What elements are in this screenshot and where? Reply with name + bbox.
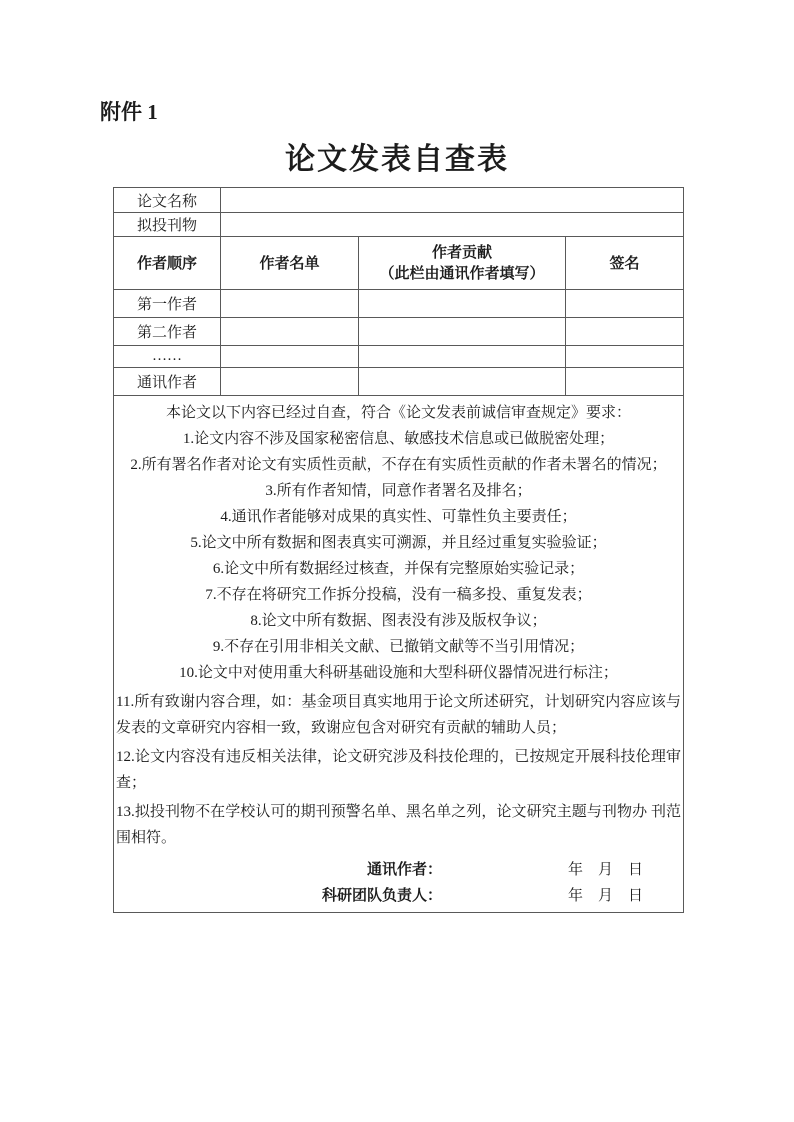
paper-title-value-cell bbox=[221, 188, 684, 213]
self-check-declaration: 本论文以下内容已经过自查，符合《论文发表前诚信审查规定》要求： 1.论文内容不涉… bbox=[116, 400, 681, 909]
signoff-block: 通讯作者： 年 月 日 科研团队负责人： 年 月 日 bbox=[116, 857, 681, 909]
check-item-2: 2.所有署名作者对论文有实质性贡献，不存在有实质性贡献的作者未署名的情况； bbox=[116, 452, 681, 478]
author-name-cell bbox=[221, 290, 359, 318]
team-leader-sign-label: 科研团队负责人： bbox=[116, 883, 442, 909]
journal-row: 拟投刊物 bbox=[114, 213, 684, 237]
author-contribution-cell bbox=[359, 290, 566, 318]
author-name-cell bbox=[221, 368, 359, 396]
header-author-contribution: 作者贡献 （此栏由通讯作者填写） bbox=[359, 237, 566, 290]
paper-title-row: 论文名称 bbox=[114, 188, 684, 213]
header-contribution-line1: 作者贡献 bbox=[361, 242, 563, 263]
team-leader-date-fields: 年 月 日 bbox=[568, 883, 643, 909]
check-item-8: 8.论文中所有数据、图表没有涉及版权争议； bbox=[116, 608, 681, 634]
journal-label: 拟投刊物 bbox=[114, 213, 221, 237]
check-item-7: 7.不存在将研究工作拆分投稿，没有一稿多投、重复发表； bbox=[116, 582, 681, 608]
author-contribution-cell bbox=[359, 346, 566, 368]
declaration-cell: 本论文以下内容已经过自查，符合《论文发表前诚信审查规定》要求： 1.论文内容不涉… bbox=[114, 396, 684, 913]
header-author-names: 作者名单 bbox=[221, 237, 359, 290]
check-item-5: 5.论文中所有数据和图表真实可溯源，并且经过重复实验验证； bbox=[116, 530, 681, 556]
team-leader-sign-line: 科研团队负责人： 年 月 日 bbox=[116, 883, 681, 909]
corresponding-author-date-fields: 年 月 日 bbox=[568, 857, 643, 883]
corresponding-author-sign-label: 通讯作者： bbox=[116, 857, 442, 883]
self-check-table: 论文名称 拟投刊物 作者顺序 作者名单 作者贡献 （此栏由通讯作者填写） 签名 … bbox=[113, 187, 684, 913]
author-table-header-row: 作者顺序 作者名单 作者贡献 （此栏由通讯作者填写） 签名 bbox=[114, 237, 684, 290]
author-signature-cell bbox=[566, 346, 684, 368]
author-signature-cell bbox=[566, 368, 684, 396]
check-item-9: 9.不存在引用非相关文献、已撤销文献等不当引用情况； bbox=[116, 634, 681, 660]
author-signature-cell bbox=[566, 290, 684, 318]
first-author-row: 第一作者 bbox=[114, 290, 684, 318]
author-contribution-cell bbox=[359, 318, 566, 346]
check-item-12: 12.论文内容没有违反相关法律，论文研究涉及科技伦理的，已按规定开展科技伦理审查… bbox=[116, 744, 681, 796]
author-name-cell bbox=[221, 346, 359, 368]
ellipsis-author-row: …… bbox=[114, 346, 684, 368]
row-label: …… bbox=[114, 346, 221, 368]
check-item-1: 1.论文内容不涉及国家秘密信息、敏感技术信息或已做脱密处理； bbox=[116, 426, 681, 452]
attachment-label: 附件 1 bbox=[100, 96, 158, 126]
header-contribution-line2: （此栏由通讯作者填写） bbox=[361, 263, 563, 284]
header-signature: 签名 bbox=[566, 237, 684, 290]
paper-title-label: 论文名称 bbox=[114, 188, 221, 213]
corresponding-author-row: 通讯作者 bbox=[114, 368, 684, 396]
row-label: 第二作者 bbox=[114, 318, 221, 346]
declaration-intro: 本论文以下内容已经过自查，符合《论文发表前诚信审查规定》要求： bbox=[116, 400, 681, 426]
declaration-row: 本论文以下内容已经过自查，符合《论文发表前诚信审查规定》要求： 1.论文内容不涉… bbox=[114, 396, 684, 913]
check-item-4: 4.通讯作者能够对成果的真实性、可靠性负主要责任； bbox=[116, 504, 681, 530]
header-author-order: 作者顺序 bbox=[114, 237, 221, 290]
check-item-11: 11.所有致谢内容合理，如：基金项目真实地用于论文所述研究，计划研究内容应该与发… bbox=[116, 689, 681, 741]
author-contribution-cell bbox=[359, 368, 566, 396]
check-item-10: 10.论文中对使用重大科研基础设施和大型科研仪器情况进行标注； bbox=[116, 660, 681, 686]
page-title: 论文发表自查表 bbox=[0, 134, 794, 178]
author-signature-cell bbox=[566, 318, 684, 346]
row-label: 通讯作者 bbox=[114, 368, 221, 396]
row-label: 第一作者 bbox=[114, 290, 221, 318]
check-item-13: 13.拟投刊物不在学校认可的期刊预警名单、黑名单之列，论文研究主题与刊物办 刊范… bbox=[116, 799, 681, 851]
journal-value-cell bbox=[221, 213, 684, 237]
check-item-3: 3.所有作者知情，同意作者署名及排名； bbox=[116, 478, 681, 504]
corresponding-author-sign-line: 通讯作者： 年 月 日 bbox=[116, 857, 681, 883]
second-author-row: 第二作者 bbox=[114, 318, 684, 346]
author-name-cell bbox=[221, 318, 359, 346]
document-page: 附件 1 论文发表自查表 论文名称 拟投刊物 作者顺序 作者名单 作者贡献 （此… bbox=[0, 0, 794, 1122]
check-item-6: 6.论文中所有数据经过核查，并保有完整原始实验记录； bbox=[116, 556, 681, 582]
